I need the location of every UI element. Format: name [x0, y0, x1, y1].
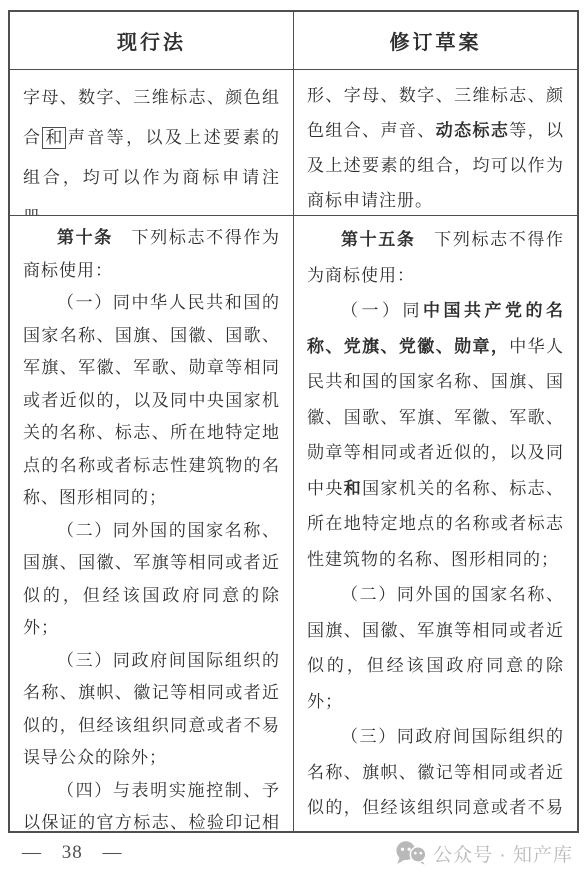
paragraph: （二）同外国的国家名称、国旗、国徽、军旗等相同或者近似的，但经该国政府同意的除外… — [307, 577, 564, 719]
deleted-text-marker: 和 — [42, 127, 66, 149]
cell-current-law-article-10: 第十条 下列标志不得作为商标使用：（一）同中华人民共和国的国家名称、国旗、国徽、… — [10, 216, 294, 831]
document-page: 现行法 修订草案 字母、数字、三维标志、颜色组合和声音等，以及上述要素的组合，均… — [0, 0, 587, 876]
header-current-law: 现行法 — [10, 12, 294, 70]
text-run: （四）与表明实施控制、予以保证的官方标志、检验印记相同或者 — [23, 781, 280, 832]
wechat-icon — [395, 840, 427, 867]
text-run: （一）同 — [341, 301, 423, 320]
paragraph: （三）同政府间国际组织的名称、旗帜、徽记等相同或者近似的，但经该组织同意或者不易… — [23, 645, 280, 775]
paragraph: 第十五条 下列标志不得作为商标使用： — [307, 222, 564, 293]
page-number: — 38 — — [22, 842, 123, 864]
cell-current-law-continuation: 字母、数字、三维标志、颜色组合和声音等，以及上述要素的组合，均可以作为商标申请注… — [10, 70, 294, 216]
emphasized-text: 和 — [344, 479, 362, 498]
page-footer: — 38 — 公众号 · 知产库 — [0, 840, 587, 872]
cell-revised-draft-continuation: 形、字母、数字、三维标志、颜色组合、声音、动态标志等，以及上述要素的组合，均可以… — [294, 70, 577, 216]
text-run: （二）同外国的国家名称、国旗、国徽、军旗等相同或者近似的，但经该国政府同意的除外… — [23, 521, 280, 638]
emphasized-text: 第十五条 — [341, 230, 416, 249]
paragraph: （三）同政府间国际组织的名称、旗帜、徽记等相同或者近似的，但经该组织同意或者不易… — [307, 719, 564, 831]
text-run: （三）同政府间国际组织的名称、旗帜、徽记等相同或者近似的，但经该组织同意或者不易… — [307, 727, 564, 831]
paragraph: 第十条 下列标志不得作为商标使用： — [23, 222, 280, 287]
text-run: （二）同外国的国家名称、国旗、国徽、军旗等相同或者近似的，但经该国政府同意的除外… — [307, 585, 564, 711]
paragraph: （一）同中华人民共和国的国家名称、国旗、国徽、国歌、军旗、军徽、军歌、勋章等相同… — [23, 287, 280, 515]
law-comparison-table: 现行法 修订草案 字母、数字、三维标志、颜色组合和声音等，以及上述要素的组合，均… — [8, 10, 579, 833]
emphasized-text: 动态标志 — [436, 121, 510, 140]
header-revised-draft: 修订草案 — [294, 12, 577, 70]
paragraph: 形、字母、数字、三维标志、颜色组合、声音、动态标志等，以及上述要素的组合，均可以… — [307, 78, 564, 216]
cell-revised-draft-article-15: 第十五条 下列标志不得作为商标使用：（一）同中国共产党的名称、党旗、党徽、勋章，… — [294, 216, 577, 831]
emphasized-text: 第十条 — [57, 228, 113, 247]
paragraph: （一）同中国共产党的名称、党旗、党徽、勋章，中华人民共和国的国家名称、国旗、国徽… — [307, 293, 564, 577]
paragraph: （四）与表明实施控制、予以保证的官方标志、检验印记相同或者 — [23, 775, 280, 832]
paragraph: （二）同外国的国家名称、国旗、国徽、军旗等相同或者近似的，但经该国政府同意的除外… — [23, 515, 280, 645]
watermark-text: 公众号 · 知产库 — [433, 840, 573, 867]
watermark: 公众号 · 知产库 — [395, 840, 573, 867]
text-run: （三）同政府间国际组织的名称、旗帜、徽记等相同或者近似的，但经该组织同意或者不易… — [23, 651, 280, 768]
paragraph: 字母、数字、三维标志、颜色组合和声音等，以及上述要素的组合，均可以作为商标申请注… — [23, 78, 280, 216]
text-run: 中华人民共和国的国家名称、国旗、国徽、国歌、军旗、军徽、军歌、勋章等相同或者近似… — [307, 337, 564, 498]
text-run: （一）同中华人民共和国的国家名称、国旗、国徽、国歌、军旗、军徽、军歌、勋章等相同… — [23, 293, 280, 507]
